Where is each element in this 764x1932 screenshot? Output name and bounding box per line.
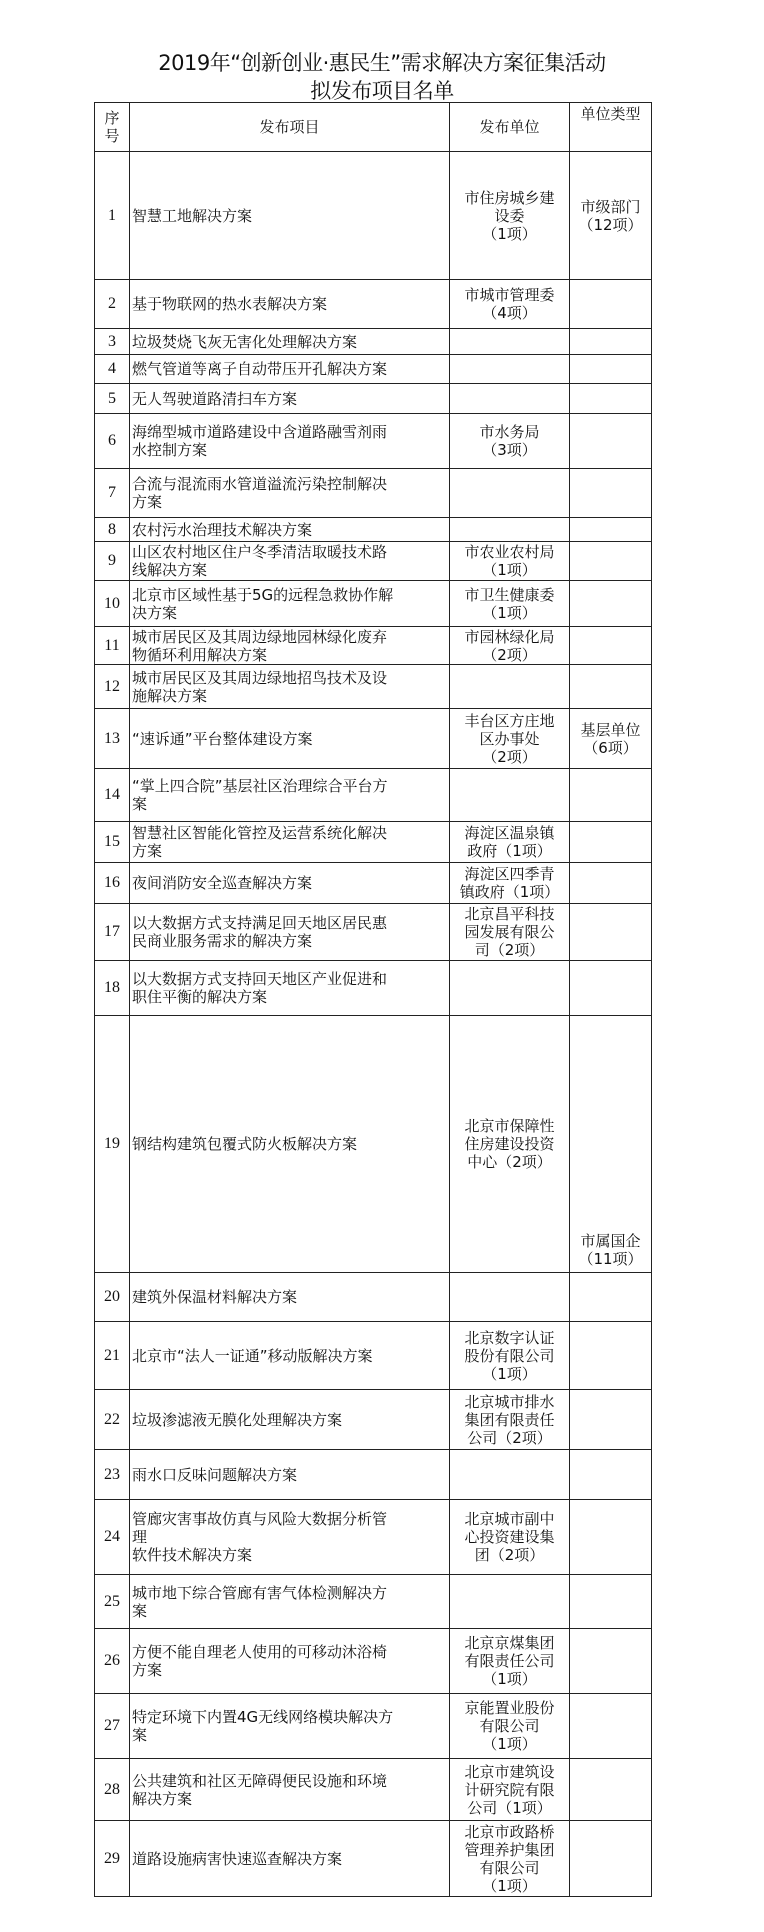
unit-type-cell (570, 1575, 652, 1629)
table-row: 25城市地下综合管廊有害气体检测解决方 案 (95, 1575, 652, 1629)
unit-type-cell (570, 627, 652, 665)
seq-cell: 12 (95, 665, 130, 709)
unit-type-cell (570, 542, 652, 581)
project-list-table: 序 号 发布项目 发布单位 单位类型 1智慧工地解决方案市住房城乡建 设委 （1… (94, 102, 652, 1897)
publishing-unit-cell: 丰台区方庄地 区办事处 （2项） (450, 709, 570, 769)
table-row: 26方便不能自理老人使用的可移动沐浴椅 方案北京京煤集团 有限责任公司 （1项） (95, 1629, 652, 1694)
project-cell: 海绵型城市道路建设中含道路融雪剂雨 水控制方案 (130, 414, 450, 469)
table-row: 1智慧工地解决方案市住房城乡建 设委 （1项）市级部门 （12项） (95, 152, 652, 280)
seq-cell: 18 (95, 961, 130, 1016)
seq-cell: 20 (95, 1273, 130, 1322)
table-row: 3垃圾焚烧飞灰无害化处理解决方案 (95, 329, 652, 355)
seq-cell: 9 (95, 542, 130, 581)
seq-cell: 23 (95, 1450, 130, 1500)
publishing-unit-cell (450, 961, 570, 1016)
seq-cell: 7 (95, 469, 130, 518)
publishing-unit-cell: 北京市建筑设 计研究院有限 公司（1项） (450, 1759, 570, 1821)
publishing-unit-cell (450, 518, 570, 542)
unit-type-cell: 基层单位 （6项） (570, 709, 652, 769)
table-row: 2基于物联网的热水表解决方案市城市管理委 （4项） (95, 280, 652, 329)
project-cell: 农村污水治理技术解决方案 (130, 518, 450, 542)
project-cell: 以大数据方式支持回天地区产业促进和 职住平衡的解决方案 (130, 961, 450, 1016)
table-row: 18以大数据方式支持回天地区产业促进和 职住平衡的解决方案 (95, 961, 652, 1016)
project-cell: 管廊灾害事故仿真与风险大数据分析管 理 软件技术解决方案 (130, 1500, 450, 1575)
table-row: 23雨水口反味问题解决方案 (95, 1450, 652, 1500)
unit-type-cell (570, 1759, 652, 1821)
seq-cell: 21 (95, 1322, 130, 1390)
unit-type-cell (570, 863, 652, 904)
seq-cell: 1 (95, 152, 130, 280)
unit-type-cell (570, 822, 652, 863)
table-row: 15智慧社区智能化管控及运营系统化解决 方案海淀区温泉镇 政府（1项） (95, 822, 652, 863)
project-cell: 基于物联网的热水表解决方案 (130, 280, 450, 329)
seq-cell: 24 (95, 1500, 130, 1575)
publishing-unit-cell: 北京市政路桥 管理养护集团 有限公司 （1项） (450, 1821, 570, 1897)
publishing-unit-cell: 市水务局 （3项） (450, 414, 570, 469)
publishing-unit-cell: 北京城市副中 心投资建设集 团（2项） (450, 1500, 570, 1575)
unit-type-cell (570, 384, 652, 414)
seq-cell: 15 (95, 822, 130, 863)
seq-cell: 11 (95, 627, 130, 665)
unit-type-cell (570, 769, 652, 822)
seq-cell: 22 (95, 1390, 130, 1450)
seq-cell: 26 (95, 1629, 130, 1694)
unit-type-cell (570, 1390, 652, 1450)
seq-cell: 29 (95, 1821, 130, 1897)
project-cell: 雨水口反味问题解决方案 (130, 1450, 450, 1500)
table-row: 9山区农村地区住户冬季清洁取暖技术路 线解决方案市农业农村局 （1项） (95, 542, 652, 581)
unit-type-cell (570, 904, 652, 961)
header-unit: 发布单位 (450, 103, 570, 152)
header-seq: 序 号 (95, 103, 130, 152)
table-row: 4燃气管道等离子自动带压开孔解决方案 (95, 355, 652, 384)
publishing-unit-cell: 海淀区四季青 镇政府（1项） (450, 863, 570, 904)
unit-type-cell (570, 581, 652, 627)
publishing-unit-cell: 北京京煤集团 有限责任公司 （1项） (450, 1629, 570, 1694)
publishing-unit-cell: 市城市管理委 （4项） (450, 280, 570, 329)
table-row: 11城市居民区及其周边绿地园林绿化废弃 物循环利用解决方案市园林绿化局 （2项） (95, 627, 652, 665)
project-cell: 垃圾焚烧飞灰无害化处理解决方案 (130, 329, 450, 355)
unit-type-cell (570, 961, 652, 1016)
project-cell: 智慧工地解决方案 (130, 152, 450, 280)
project-cell: 建筑外保温材料解决方案 (130, 1273, 450, 1322)
table-row: 28公共建筑和社区无障碍便民设施和环境 解决方案北京市建筑设 计研究院有限 公司… (95, 1759, 652, 1821)
unit-type-cell (570, 1500, 652, 1575)
table-body: 1智慧工地解决方案市住房城乡建 设委 （1项）市级部门 （12项）2基于物联网的… (95, 152, 652, 1897)
table-row: 10北京市区域性基于5G的远程急救协作解 决方案市卫生健康委 （1项） (95, 581, 652, 627)
unit-type-cell (570, 280, 652, 329)
unit-type-cell (570, 1322, 652, 1390)
publishing-unit-cell: 北京昌平科技 园发展有限公 司（2项） (450, 904, 570, 961)
table-row: 24管廊灾害事故仿真与风险大数据分析管 理 软件技术解决方案北京城市副中 心投资… (95, 1500, 652, 1575)
seq-cell: 3 (95, 329, 130, 355)
table-row: 20建筑外保温材料解决方案 (95, 1273, 652, 1322)
unit-type-cell (570, 518, 652, 542)
publishing-unit-cell: 市卫生健康委 （1项） (450, 581, 570, 627)
table-row: 13“速诉通”平台整体建设方案丰台区方庄地 区办事处 （2项）基层单位 （6项） (95, 709, 652, 769)
project-cell: 山区农村地区住户冬季清洁取暖技术路 线解决方案 (130, 542, 450, 581)
document-title-line1: 2019年“创新创业·惠民生”需求解决方案征集活动 (0, 47, 764, 77)
publishing-unit-cell (450, 665, 570, 709)
seq-cell: 19 (95, 1016, 130, 1273)
table-row: 12城市居民区及其周边绿地招鸟技术及设 施解决方案 (95, 665, 652, 709)
seq-cell: 2 (95, 280, 130, 329)
project-cell: 燃气管道等离子自动带压开孔解决方案 (130, 355, 450, 384)
publishing-unit-cell: 海淀区温泉镇 政府（1项） (450, 822, 570, 863)
project-cell: 智慧社区智能化管控及运营系统化解决 方案 (130, 822, 450, 863)
unit-type-cell (570, 1629, 652, 1694)
seq-cell: 14 (95, 769, 130, 822)
seq-cell: 25 (95, 1575, 130, 1629)
publishing-unit-cell (450, 384, 570, 414)
publishing-unit-cell (450, 769, 570, 822)
table-row: 17以大数据方式支持满足回天地区居民惠 民商业服务需求的解决方案北京昌平科技 园… (95, 904, 652, 961)
table-row: 5无人驾驶道路清扫车方案 (95, 384, 652, 414)
project-cell: 北京市“法人一证通”移动版解决方案 (130, 1322, 450, 1390)
unit-type-cell (570, 1450, 652, 1500)
publishing-unit-cell (450, 355, 570, 384)
unit-type-cell (570, 1273, 652, 1322)
seq-cell: 4 (95, 355, 130, 384)
project-cell: 北京市区域性基于5G的远程急救协作解 决方案 (130, 581, 450, 627)
header-project: 发布项目 (130, 103, 450, 152)
publishing-unit-cell: 北京城市排水 集团有限责任 公司（2项） (450, 1390, 570, 1450)
seq-cell: 6 (95, 414, 130, 469)
unit-type-cell (570, 1821, 652, 1897)
project-cell: 城市居民区及其周边绿地招鸟技术及设 施解决方案 (130, 665, 450, 709)
table-row: 22垃圾渗滤液无膜化处理解决方案北京城市排水 集团有限责任 公司（2项） (95, 1390, 652, 1450)
table-row: 8农村污水治理技术解决方案 (95, 518, 652, 542)
project-cell: 城市地下综合管廊有害气体检测解决方 案 (130, 1575, 450, 1629)
publishing-unit-cell: 北京市保障性 住房建设投资 中心（2项） (450, 1016, 570, 1273)
table-row: 16夜间消防安全巡查解决方案海淀区四季青 镇政府（1项） (95, 863, 652, 904)
publishing-unit-cell (450, 329, 570, 355)
unit-type-cell: 市属国企 （11项） (570, 1016, 652, 1273)
project-cell: 特定环境下内置4G无线网络模块解决方 案 (130, 1694, 450, 1759)
publishing-unit-cell (450, 469, 570, 518)
project-cell: 钢结构建筑包覆式防火板解决方案 (130, 1016, 450, 1273)
seq-cell: 28 (95, 1759, 130, 1821)
table-row: 29道路设施病害快速巡查解决方案北京市政路桥 管理养护集团 有限公司 （1项） (95, 1821, 652, 1897)
publishing-unit-cell: 市住房城乡建 设委 （1项） (450, 152, 570, 280)
project-cell: 公共建筑和社区无障碍便民设施和环境 解决方案 (130, 1759, 450, 1821)
header-unit-type: 单位类型 (570, 103, 652, 152)
table-row: 6海绵型城市道路建设中含道路融雪剂雨 水控制方案市水务局 （3项） (95, 414, 652, 469)
publishing-unit-cell: 市园林绿化局 （2项） (450, 627, 570, 665)
project-cell: 垃圾渗滤液无膜化处理解决方案 (130, 1390, 450, 1450)
document-title-line2: 拟发布项目名单 (0, 75, 764, 105)
publishing-unit-cell: 市农业农村局 （1项） (450, 542, 570, 581)
seq-cell: 16 (95, 863, 130, 904)
seq-cell: 5 (95, 384, 130, 414)
project-cell: 方便不能自理老人使用的可移动沐浴椅 方案 (130, 1629, 450, 1694)
publishing-unit-cell: 北京数字认证 股份有限公司 （1项） (450, 1322, 570, 1390)
project-cell: 无人驾驶道路清扫车方案 (130, 384, 450, 414)
unit-type-cell (570, 414, 652, 469)
project-cell: 合流与混流雨水管道溢流污染控制解决 方案 (130, 469, 450, 518)
project-cell: 城市居民区及其周边绿地园林绿化废弃 物循环利用解决方案 (130, 627, 450, 665)
table-header-row: 序 号 发布项目 发布单位 单位类型 (95, 103, 652, 152)
publishing-unit-cell (450, 1273, 570, 1322)
project-cell: 以大数据方式支持满足回天地区居民惠 民商业服务需求的解决方案 (130, 904, 450, 961)
project-cell: 道路设施病害快速巡查解决方案 (130, 1821, 450, 1897)
unit-type-cell (570, 665, 652, 709)
seq-cell: 8 (95, 518, 130, 542)
unit-type-cell (570, 355, 652, 384)
publishing-unit-cell: 京能置业股份 有限公司 （1项） (450, 1694, 570, 1759)
seq-cell: 10 (95, 581, 130, 627)
unit-type-cell (570, 329, 652, 355)
publishing-unit-cell (450, 1575, 570, 1629)
table-row: 19钢结构建筑包覆式防火板解决方案北京市保障性 住房建设投资 中心（2项）市属国… (95, 1016, 652, 1273)
table-row: 21北京市“法人一证通”移动版解决方案北京数字认证 股份有限公司 （1项） (95, 1322, 652, 1390)
table-row: 27特定环境下内置4G无线网络模块解决方 案京能置业股份 有限公司 （1项） (95, 1694, 652, 1759)
unit-type-cell: 市级部门 （12项） (570, 152, 652, 280)
publishing-unit-cell (450, 1450, 570, 1500)
table-row: 14“掌上四合院”基层社区治理综合平台方 案 (95, 769, 652, 822)
unit-type-cell (570, 469, 652, 518)
unit-type-cell (570, 1694, 652, 1759)
project-cell: “速诉通”平台整体建设方案 (130, 709, 450, 769)
project-cell: 夜间消防安全巡查解决方案 (130, 863, 450, 904)
seq-cell: 13 (95, 709, 130, 769)
project-cell: “掌上四合院”基层社区治理综合平台方 案 (130, 769, 450, 822)
seq-cell: 27 (95, 1694, 130, 1759)
seq-cell: 17 (95, 904, 130, 961)
table-row: 7合流与混流雨水管道溢流污染控制解决 方案 (95, 469, 652, 518)
